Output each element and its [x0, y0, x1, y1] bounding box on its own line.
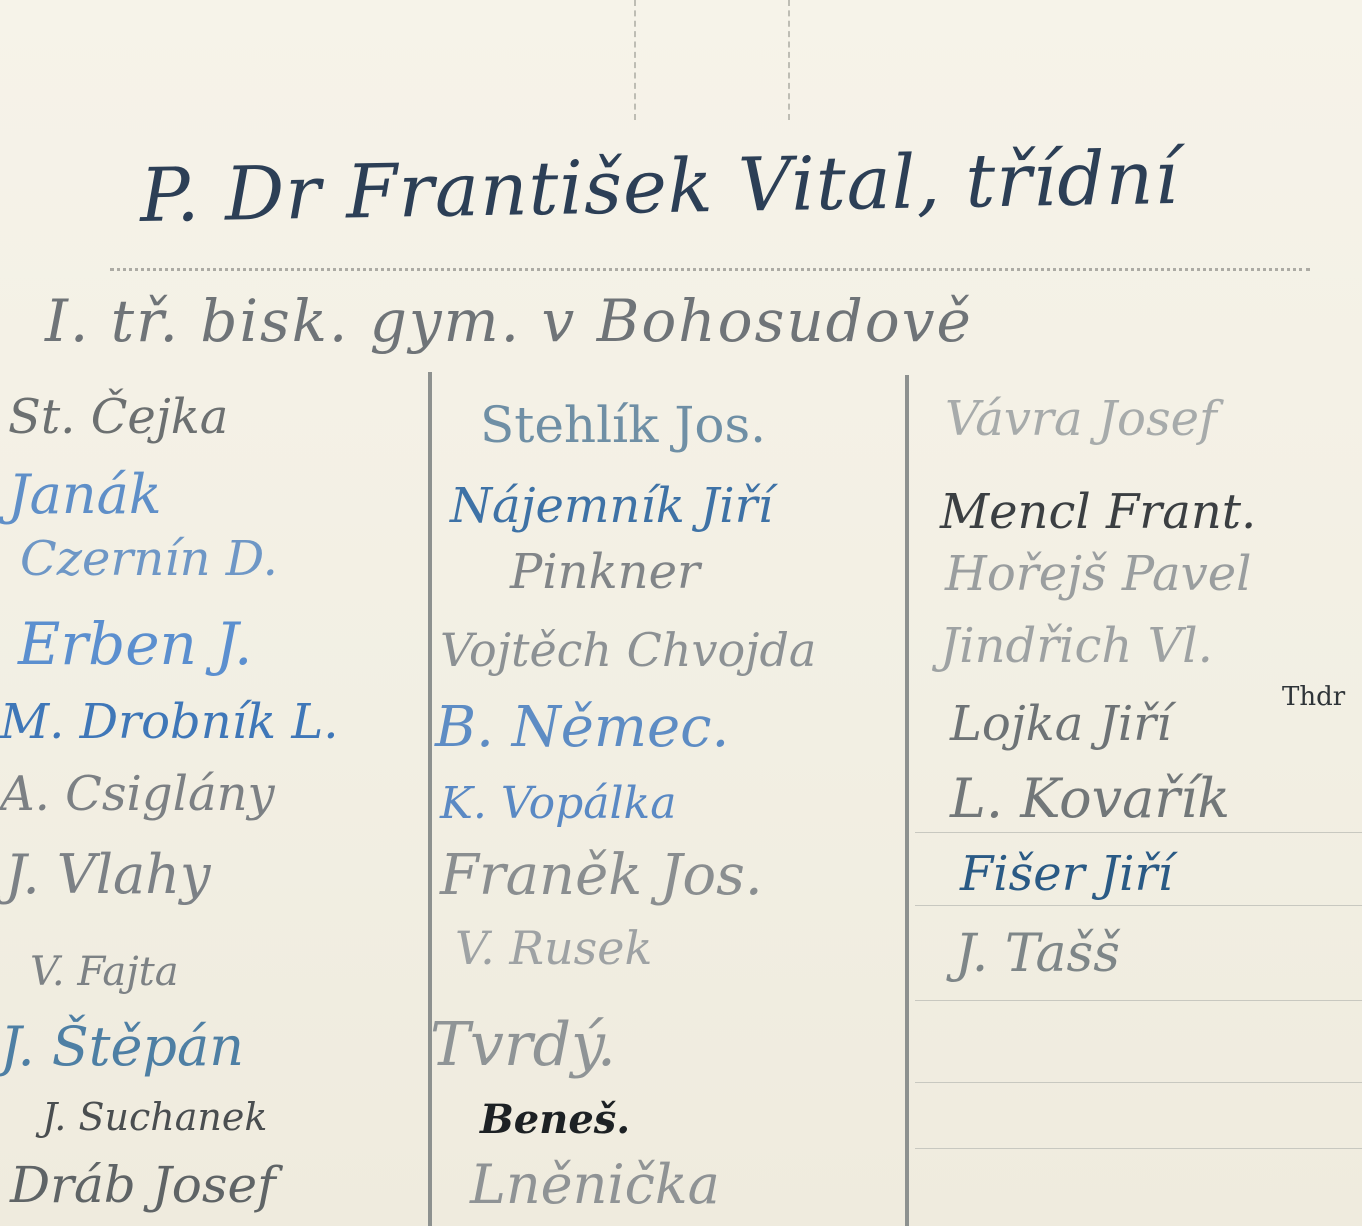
signature: Czernín D. — [20, 535, 278, 583]
signature: Vávra Josef — [945, 395, 1217, 443]
signature: Nájemník Jiří — [450, 482, 773, 530]
signature: Lojka Jiří — [950, 700, 1172, 748]
signature: A. Csiglány — [0, 770, 275, 818]
column-divider-1 — [428, 372, 432, 1226]
stamp-guide-line-right — [788, 0, 790, 120]
heading-teacher: P. Dr František Vital, třídní — [139, 141, 1179, 233]
signature: B. Němec. — [435, 700, 729, 756]
signature: J. Vlahy — [5, 848, 211, 902]
ruled-line — [915, 905, 1362, 906]
signature: Dráb Josef — [10, 1160, 276, 1210]
signature: J. Suchanek — [42, 1098, 267, 1136]
signature: Lněnička — [470, 1158, 720, 1212]
signature: Erben J. — [18, 615, 253, 673]
signature: V. Fajta — [30, 952, 179, 992]
signature: St. Čejka — [8, 393, 228, 441]
signature: Stehlík Jos. — [480, 400, 766, 450]
ruled-line — [915, 1000, 1362, 1001]
signature: Fišer Jiří — [960, 850, 1173, 898]
signature: K. Vopálka — [440, 782, 676, 826]
signature: Tvrdý. — [430, 1015, 616, 1075]
subheading-class: I. tř. bisk. gym. v Bohosudově — [45, 292, 973, 350]
column-divider-2 — [905, 375, 909, 1226]
signature: Beneš. — [480, 1100, 630, 1140]
ruled-line — [915, 1148, 1362, 1149]
signature: V. Rusek — [455, 925, 652, 971]
signature: J. Štěpán — [0, 1020, 244, 1074]
signature: J. Tašš — [955, 928, 1120, 980]
dotted-address-line — [110, 268, 1310, 271]
stamp-guide-line-left — [634, 0, 636, 120]
ruled-line — [915, 1082, 1362, 1083]
signature: Pinkner — [510, 548, 700, 596]
signature: Janák — [8, 468, 162, 522]
signature: Hořejš Pavel — [945, 550, 1252, 598]
signature: Franěk Jos. — [440, 848, 763, 904]
signature-note: Thdr — [1282, 684, 1345, 710]
signature: Jindřich Vl. — [940, 622, 1213, 670]
ruled-line — [915, 832, 1362, 833]
signature: Vojtěch Chvojda — [440, 627, 816, 673]
signature: Mencl Frant. — [940, 488, 1256, 536]
signature: M. Drobník L. — [0, 698, 338, 746]
signature: L. Kovařík — [950, 772, 1230, 826]
